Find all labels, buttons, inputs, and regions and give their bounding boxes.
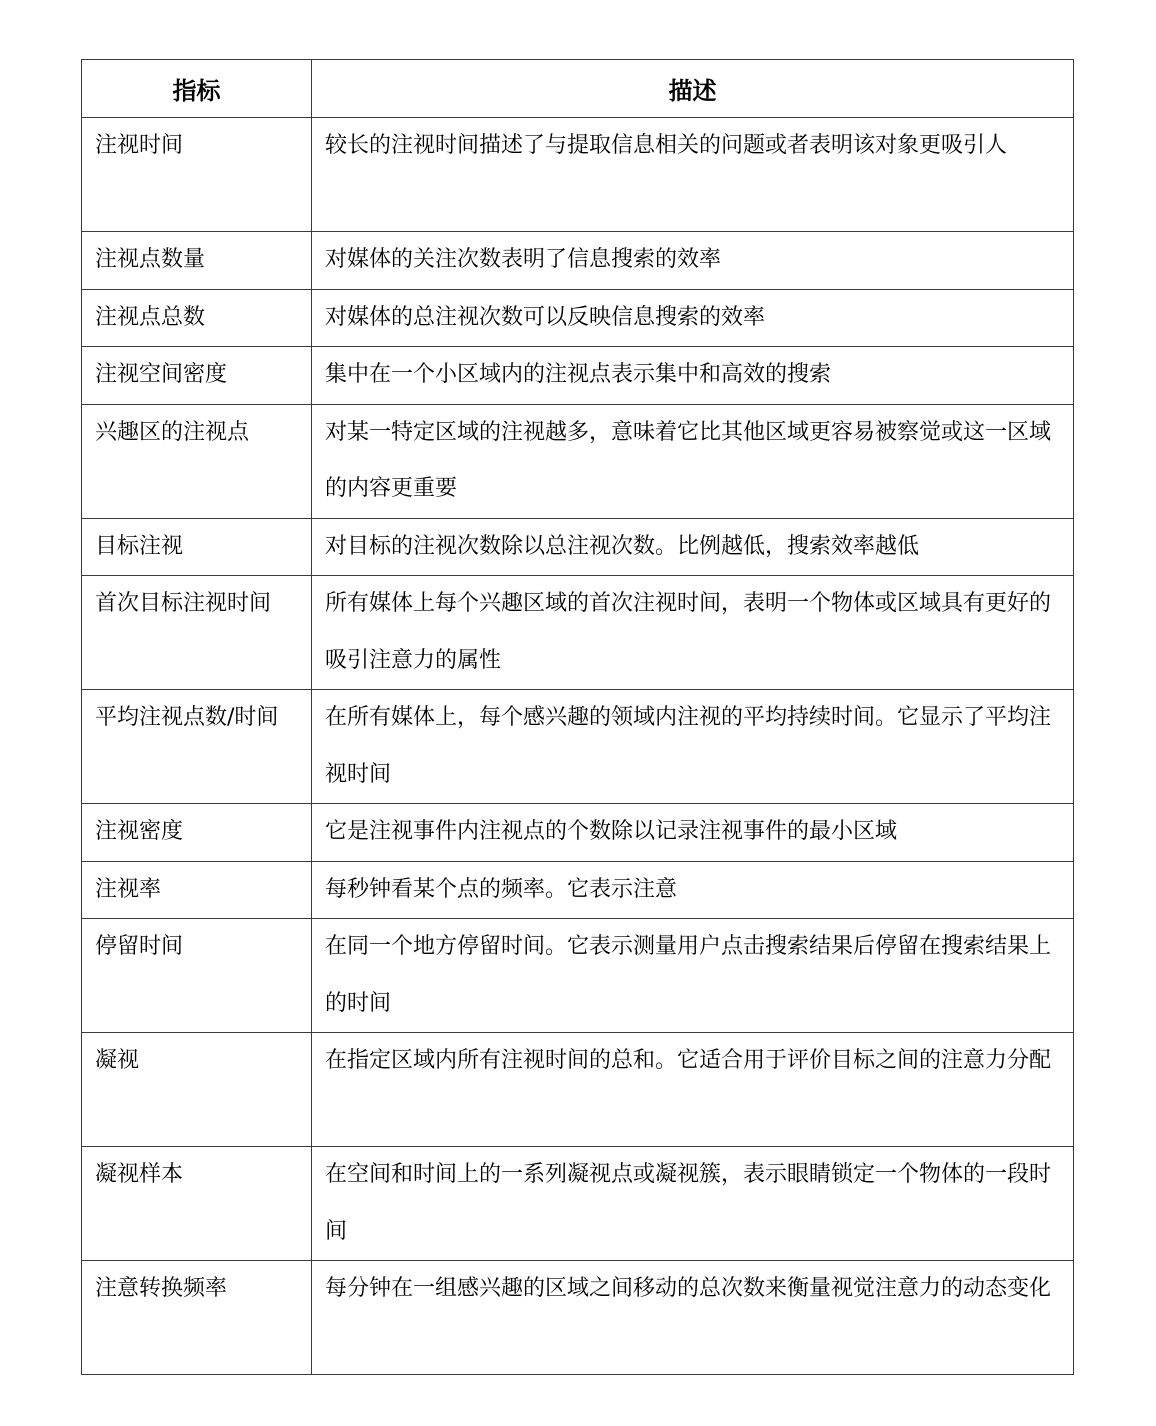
metrics-table: 指标 描述 注视时间 较长的注视时间描述了与提取信息相关的问题或者表明该对象更吸… xyxy=(81,59,1074,1375)
description-cell: 每秒钟看某个点的频率。它表示注意 xyxy=(312,861,1074,919)
description-cell: 所有媒体上每个兴趣区域的首次注视时间，表明一个物体或区域具有更好的吸引注意力的属… xyxy=(312,576,1074,690)
table-row: 目标注视 对目标的注视次数除以总注视次数。比例越低，搜索效率越低 xyxy=(82,518,1074,576)
metric-cell: 凝视 xyxy=(82,1033,312,1147)
metric-cell: 注视点数量 xyxy=(82,232,312,290)
table-row: 注意转换频率 每分钟在一组感兴趣的区域之间移动的总次数来衡量视觉注意力的动态变化 xyxy=(82,1261,1074,1375)
description-cell: 在所有媒体上，每个感兴趣的领域内注视的平均持续时间。它显示了平均注视时间 xyxy=(312,690,1074,804)
table-row: 注视时间 较长的注视时间描述了与提取信息相关的问题或者表明该对象更吸引人 xyxy=(82,118,1074,232)
table-row: 注视率 每秒钟看某个点的频率。它表示注意 xyxy=(82,861,1074,919)
description-cell: 它是注视事件内注视点的个数除以记录注视事件的最小区域 xyxy=(312,804,1074,862)
table-row: 凝视样本 在空间和时间上的一系列凝视点或凝视簇，表示眼睛锁定一个物体的一段时间 xyxy=(82,1147,1074,1261)
table-header: 指标 描述 xyxy=(82,60,1074,118)
table-row: 兴趣区的注视点 对某一特定区域的注视越多，意味着它比其他区域更容易被察觉或这一区… xyxy=(82,404,1074,518)
description-cell: 较长的注视时间描述了与提取信息相关的问题或者表明该对象更吸引人 xyxy=(312,118,1074,232)
metric-cell: 注视密度 xyxy=(82,804,312,862)
metric-cell: 注意转换频率 xyxy=(82,1261,312,1375)
table-row: 注视密度 它是注视事件内注视点的个数除以记录注视事件的最小区域 xyxy=(82,804,1074,862)
header-description: 描述 xyxy=(312,60,1074,118)
table-row: 首次目标注视时间 所有媒体上每个兴趣区域的首次注视时间，表明一个物体或区域具有更… xyxy=(82,576,1074,690)
metric-cell: 注视率 xyxy=(82,861,312,919)
description-cell: 在空间和时间上的一系列凝视点或凝视簇，表示眼睛锁定一个物体的一段时间 xyxy=(312,1147,1074,1261)
metric-cell: 平均注视点数/时间 xyxy=(82,690,312,804)
description-cell: 对某一特定区域的注视越多，意味着它比其他区域更容易被察觉或这一区域的内容更重要 xyxy=(312,404,1074,518)
table-row: 凝视 在指定区域内所有注视时间的总和。它适合用于评价目标之间的注意力分配 xyxy=(82,1033,1074,1147)
description-cell: 在同一个地方停留时间。它表示测量用户点击搜索结果后停留在搜索结果上的时间 xyxy=(312,919,1074,1033)
description-cell: 对媒体的关注次数表明了信息搜索的效率 xyxy=(312,232,1074,290)
table-row: 平均注视点数/时间 在所有媒体上，每个感兴趣的领域内注视的平均持续时间。它显示了… xyxy=(82,690,1074,804)
table-row: 注视空间密度 集中在一个小区域内的注视点表示集中和高效的搜索 xyxy=(82,347,1074,405)
metric-cell: 注视空间密度 xyxy=(82,347,312,405)
table-row: 注视点总数 对媒体的总注视次数可以反映信息搜索的效率 xyxy=(82,289,1074,347)
description-cell: 对媒体的总注视次数可以反映信息搜索的效率 xyxy=(312,289,1074,347)
metric-cell: 注视点总数 xyxy=(82,289,312,347)
header-row: 指标 描述 xyxy=(82,60,1074,118)
metric-cell: 凝视样本 xyxy=(82,1147,312,1261)
metric-cell: 目标注视 xyxy=(82,518,312,576)
table-row: 注视点数量 对媒体的关注次数表明了信息搜索的效率 xyxy=(82,232,1074,290)
description-cell: 每分钟在一组感兴趣的区域之间移动的总次数来衡量视觉注意力的动态变化 xyxy=(312,1261,1074,1375)
description-cell: 对目标的注视次数除以总注视次数。比例越低，搜索效率越低 xyxy=(312,518,1074,576)
metric-cell: 停留时间 xyxy=(82,919,312,1033)
table-row: 停留时间 在同一个地方停留时间。它表示测量用户点击搜索结果后停留在搜索结果上的时… xyxy=(82,919,1074,1033)
description-cell: 在指定区域内所有注视时间的总和。它适合用于评价目标之间的注意力分配 xyxy=(312,1033,1074,1147)
table-body: 注视时间 较长的注视时间描述了与提取信息相关的问题或者表明该对象更吸引人 注视点… xyxy=(82,118,1074,1375)
header-metric: 指标 xyxy=(82,60,312,118)
metric-cell: 注视时间 xyxy=(82,118,312,232)
description-cell: 集中在一个小区域内的注视点表示集中和高效的搜索 xyxy=(312,347,1074,405)
metric-cell: 兴趣区的注视点 xyxy=(82,404,312,518)
metric-cell: 首次目标注视时间 xyxy=(82,576,312,690)
